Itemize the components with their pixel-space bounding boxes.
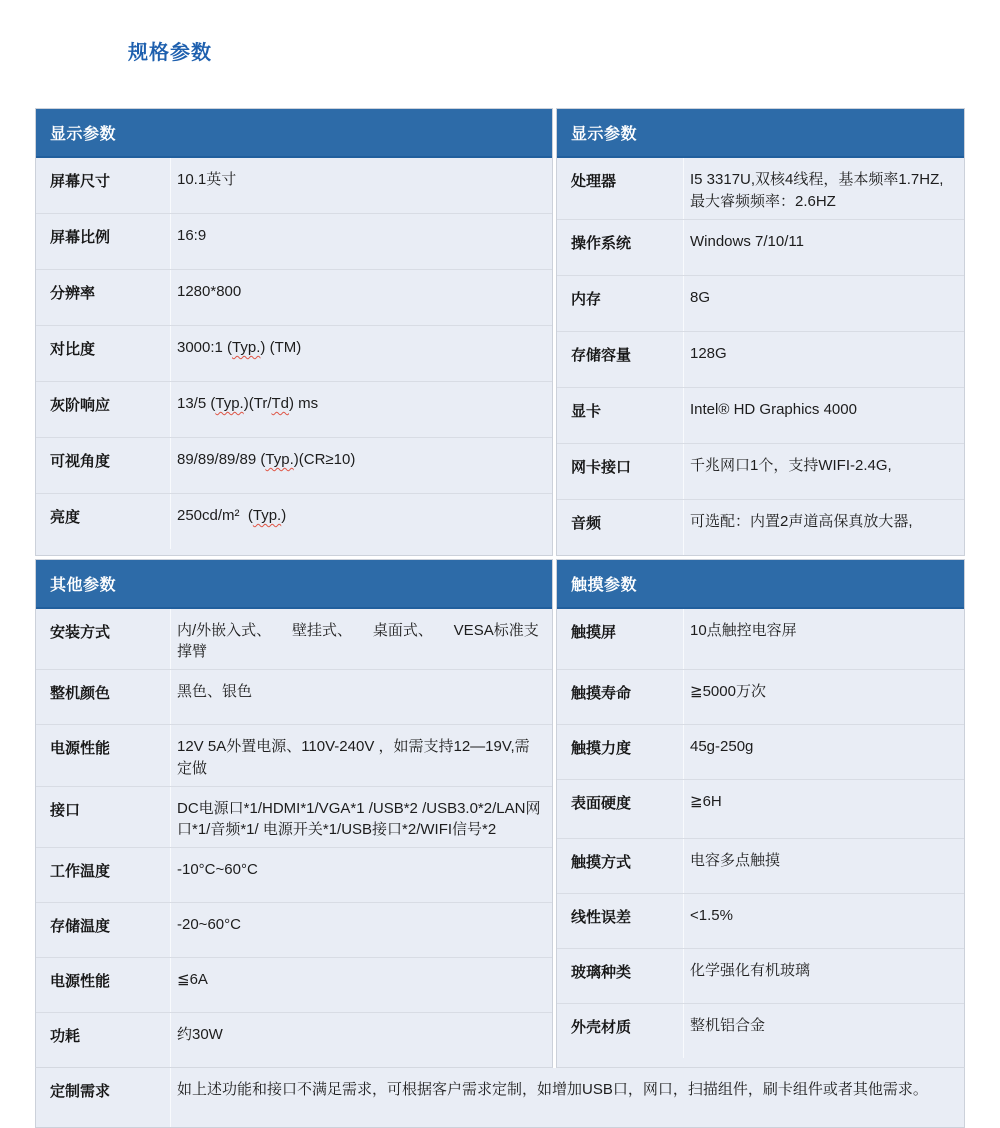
spec-value: ≦6A	[171, 958, 552, 1012]
section-other-touch: 其他参数 安装方式 内/外嵌入式、 壁挂式、 桌面式、 VESA标准支撑臂 整机…	[35, 559, 965, 1069]
table-row: 接口 DC电源口*1/HDMI*1/VGA*1 /USB*2 /USB3.0*2…	[36, 786, 552, 848]
spec-value: Intel® HD Graphics 4000	[684, 388, 964, 443]
table-row: 触摸屏 10点触控电容屏	[557, 609, 964, 669]
spellcheck-marked-text: Typ.	[215, 395, 243, 412]
table-row: 表面硬度 ≧6H	[557, 779, 964, 838]
spec-label: 音频	[557, 500, 684, 555]
spec-label: 触摸方式	[557, 839, 684, 893]
spec-label: 电源性能	[36, 958, 171, 1012]
table-row: 触摸寿命 ≧5000万次	[557, 669, 964, 724]
table-row: 操作系统 Windows 7/10/11	[557, 219, 964, 275]
spec-label: 处理器	[557, 158, 684, 219]
spec-label: 触摸力度	[557, 725, 684, 779]
spec-value: 内/外嵌入式、 壁挂式、 桌面式、 VESA标准支撑臂	[171, 609, 552, 670]
spec-label: 操作系统	[557, 220, 684, 275]
table-row: 整机颜色 黑色、银色	[36, 669, 552, 724]
spec-value: 整机铝合金	[684, 1004, 964, 1058]
spellcheck-marked-text: Typ.	[232, 339, 260, 356]
spec-label: 功耗	[36, 1013, 171, 1067]
table-row: 网卡接口 千兆网口1个，支持WIFI-2.4G,	[557, 443, 964, 499]
spec-value: ≧6H	[684, 780, 964, 838]
table-header-other: 其他参数	[36, 560, 552, 609]
table-row: 处理器 I5 3317U,双核4线程，基本频率1.7HZ, 最大睿频频率：2.6…	[557, 158, 964, 219]
spec-value: 12V 5A外置电源、110V-240V ，如需支持12—19V,需定做	[171, 725, 552, 786]
spec-label: 整机颜色	[36, 670, 171, 724]
spec-value: <1.5%	[684, 894, 964, 948]
spec-value: 89/89/89/89 (Typ.)(CR≥10)	[171, 438, 552, 493]
table-row: 玻璃种类 化学强化有机玻璃	[557, 948, 964, 1003]
spec-label: 屏幕尺寸	[36, 158, 171, 213]
spec-value: 10点触控电容屏	[684, 609, 964, 669]
table-row: 存储容量 128G	[557, 331, 964, 387]
spec-value: 8G	[684, 276, 964, 331]
custom-requirements-row: 定制需求 如上述功能和接口不满足需求，可根据客户需求定制，如增加USB口，网口，…	[35, 1068, 965, 1128]
table-row: 存储温度 -20~60°C	[36, 902, 552, 957]
table-row: 屏幕比例 16:9	[36, 213, 552, 269]
spec-value: 如上述功能和接口不满足需求，可根据客户需求定制，如增加USB口，网口，扫描组件，…	[171, 1068, 964, 1127]
spec-label: 存储容量	[557, 332, 684, 387]
spec-value: -10°C~60°C	[171, 848, 552, 902]
spec-label: 存储温度	[36, 903, 171, 957]
spec-label: 外壳材质	[557, 1004, 684, 1058]
spec-label: 表面硬度	[557, 780, 684, 838]
table-row: 电源性能 12V 5A外置电源、110V-240V ，如需支持12—19V,需定…	[36, 724, 552, 786]
spec-label: 工作温度	[36, 848, 171, 902]
spec-label: 电源性能	[36, 725, 171, 786]
table-row: 电源性能 ≦6A	[36, 957, 552, 1012]
spec-label: 可视角度	[36, 438, 171, 493]
table-row: 对比度 3000:1 (Typ.) (TM)	[36, 325, 552, 381]
spec-value: ≧5000万次	[684, 670, 964, 724]
spec-value: 13/5 (Typ.)(Tr/Td) ms	[171, 382, 552, 437]
spec-value: 45g-250g	[684, 725, 964, 779]
spec-value: 16:9	[171, 214, 552, 269]
table-header-display-left: 显示参数	[36, 109, 552, 158]
table-row: 显卡 Intel® HD Graphics 4000	[557, 387, 964, 443]
spec-label: 屏幕比例	[36, 214, 171, 269]
spec-value: I5 3317U,双核4线程，基本频率1.7HZ, 最大睿频频率：2.6HZ	[684, 158, 964, 219]
spellcheck-marked-text: Typ.	[253, 507, 281, 524]
spec-value: 128G	[684, 332, 964, 387]
table-row: 亮度 250cd/m² (Typ.)	[36, 493, 552, 549]
spec-value: Windows 7/10/11	[684, 220, 964, 275]
spec-label: 亮度	[36, 494, 171, 549]
table-header-touch: 触摸参数	[557, 560, 964, 609]
spec-value: 电容多点触摸	[684, 839, 964, 893]
spec-label: 显卡	[557, 388, 684, 443]
table-row: 功耗 约30W	[36, 1012, 552, 1067]
spec-label: 触摸屏	[557, 609, 684, 669]
spec-label: 灰阶响应	[36, 382, 171, 437]
table-row: 触摸力度 45g-250g	[557, 724, 964, 779]
spec-value: 10.1英寸	[171, 158, 552, 213]
spellcheck-marked-text: Td	[271, 395, 289, 412]
table-row: 触摸方式 电容多点触摸	[557, 838, 964, 893]
table-other-params: 其他参数 安装方式 内/外嵌入式、 壁挂式、 桌面式、 VESA标准支撑臂 整机…	[35, 559, 553, 1069]
spec-label: 触摸寿命	[557, 670, 684, 724]
spec-label: 玻璃种类	[557, 949, 684, 1003]
table-row: 分辨率 1280*800	[36, 269, 552, 325]
spec-value: 化学强化有机玻璃	[684, 949, 964, 1003]
spec-value: 千兆网口1个，支持WIFI-2.4G,	[684, 444, 964, 499]
spec-label: 分辨率	[36, 270, 171, 325]
table-row: 外壳材质 整机铝合金	[557, 1003, 964, 1058]
table-row: 内存 8G	[557, 275, 964, 331]
spec-label: 内存	[557, 276, 684, 331]
spec-value: -20~60°C	[171, 903, 552, 957]
table-touch-params: 触摸参数 触摸屏 10点触控电容屏 触摸寿命 ≧5000万次 触摸力度 45g-…	[556, 559, 965, 1069]
spec-value: 250cd/m² (Typ.)	[171, 494, 552, 549]
table-row: 可视角度 89/89/89/89 (Typ.)(CR≥10)	[36, 437, 552, 493]
spec-label: 网卡接口	[557, 444, 684, 499]
table-row: 灰阶响应 13/5 (Typ.)(Tr/Td) ms	[36, 381, 552, 437]
spec-label: 安装方式	[36, 609, 171, 670]
table-display-right: 显示参数 处理器 I5 3317U,双核4线程，基本频率1.7HZ, 最大睿频频…	[556, 108, 965, 556]
spellcheck-marked-text: Typ.	[265, 451, 293, 468]
table-header-display-right: 显示参数	[557, 109, 964, 158]
spec-label: 定制需求	[36, 1068, 171, 1127]
spec-label: 线性误差	[557, 894, 684, 948]
spec-value: 3000:1 (Typ.) (TM)	[171, 326, 552, 381]
table-row: 屏幕尺寸 10.1英寸	[36, 158, 552, 213]
spec-label: 接口	[36, 787, 171, 848]
table-row: 安装方式 内/外嵌入式、 壁挂式、 桌面式、 VESA标准支撑臂	[36, 609, 552, 670]
spec-value: DC电源口*1/HDMI*1/VGA*1 /USB*2 /USB3.0*2/LA…	[171, 787, 552, 848]
table-display-left: 显示参数 屏幕尺寸 10.1英寸 屏幕比例 16:9 分辨率 1280*800 …	[35, 108, 553, 556]
spec-value: 1280*800	[171, 270, 552, 325]
table-row: 线性误差 <1.5%	[557, 893, 964, 948]
section-display: 显示参数 屏幕尺寸 10.1英寸 屏幕比例 16:9 分辨率 1280*800 …	[35, 108, 965, 556]
page-title: 规格参数	[128, 36, 212, 65]
spec-table: 显示参数 屏幕尺寸 10.1英寸 屏幕比例 16:9 分辨率 1280*800 …	[35, 108, 965, 1128]
spec-label: 对比度	[36, 326, 171, 381]
spec-value: 约30W	[171, 1013, 552, 1067]
table-row: 工作温度 -10°C~60°C	[36, 847, 552, 902]
spec-value: 黑色、银色	[171, 670, 552, 724]
table-row: 音频 可选配：内置2声道高保真放大器,	[557, 499, 964, 555]
spec-value: 可选配：内置2声道高保真放大器,	[684, 500, 964, 555]
